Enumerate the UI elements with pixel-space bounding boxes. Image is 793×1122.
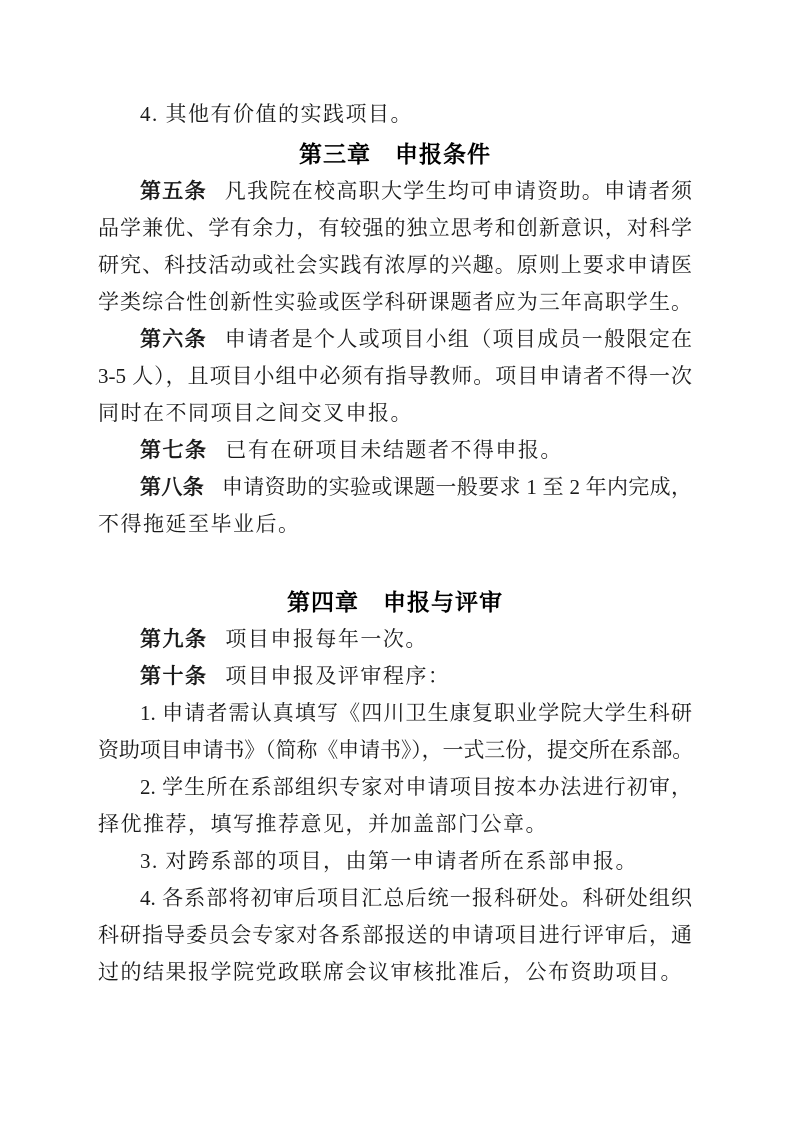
article-5-line-1: 第五条凡我院在校高职大学生均可申请资助。申请者须 xyxy=(98,173,692,210)
article-6-line-3: 同时在不同项目之间交叉申报。 xyxy=(98,395,692,432)
article-5-line-3: 研究、科技活动或社会实践有浓厚的兴趣。原则上要求申请医 xyxy=(98,247,692,284)
article-5-line-4: 学类综合性创新性实验或医学科研课题者应为三年高职学生。 xyxy=(98,284,692,321)
article-8-text-1: 申请资助的实验或课题一般要求 1 至 2 年内完成， xyxy=(222,475,692,499)
page-content: 4. 其他有价值的实践项目。 第三章 申报条件 第五条凡我院在校高职大学生均可申… xyxy=(98,96,692,991)
procedure-item-4-line-1: 4. 各系部将初审后项目汇总后统一报科研处。科研处组织 xyxy=(98,880,692,917)
article-6-text-1: 申请者是个人或项目小组（项目成员一般限定在 xyxy=(225,327,692,351)
article-9-line-1: 第九条项目申报每年一次。 xyxy=(98,621,692,658)
article-6-line-2: 3-5 人），且项目小组中必须有指导教师。项目申请者不得一次 xyxy=(98,358,692,395)
procedure-item-2-line-1: 2. 学生所在系部组织专家对申请项目按本办法进行初审， xyxy=(98,769,692,806)
article-5-text-1: 凡我院在校高职大学生均可申请资助。申请者须 xyxy=(225,179,692,203)
article-7-text-1: 已有在研项目未结题者不得申报。 xyxy=(225,438,563,462)
article-6-line-1: 第六条申请者是个人或项目小组（项目成员一般限定在 xyxy=(98,321,692,358)
article-10-text-1: 项目申报及评审程序： xyxy=(225,664,450,688)
article-7-label: 第七条 xyxy=(140,438,208,462)
procedure-item-1-line-2: 资助项目申请书》（简称《申请书》），一式三份，提交所在系部。 xyxy=(98,732,692,769)
procedure-item-1-line-1: 1. 申请者需认真填写《四川卫生康复职业学院大学生科研 xyxy=(98,695,692,732)
article-7-line-1: 第七条已有在研项目未结题者不得申报。 xyxy=(98,432,692,469)
article-10-label: 第十条 xyxy=(140,664,208,688)
article-9-label: 第九条 xyxy=(140,627,208,651)
procedure-item-2-line-2: 择优推荐，填写推荐意见，并加盖部门公章。 xyxy=(98,806,692,843)
procedure-item-4-line-2: 科研指导委员会专家对各系部报送的申请项目进行评审后，通 xyxy=(98,917,692,954)
leading-list-item: 4. 其他有价值的实践项目。 xyxy=(98,96,692,133)
procedure-item-3-line-1: 3. 对跨系部的项目，由第一申请者所在系部申报。 xyxy=(98,843,692,880)
procedure-item-4-line-3: 过的结果报学院党政联席会议审核批准后，公布资助项目。 xyxy=(98,954,692,991)
section-gap xyxy=(98,543,692,581)
chapter-4-heading: 第四章 申报与评审 xyxy=(98,584,692,621)
article-6-label: 第六条 xyxy=(140,327,207,351)
article-9-text-1: 项目申报每年一次。 xyxy=(225,627,428,651)
article-8-line-2: 不得拖延至毕业后。 xyxy=(98,506,692,543)
article-10-line-1: 第十条项目申报及评审程序： xyxy=(98,658,692,695)
chapter-3-heading: 第三章 申报条件 xyxy=(98,136,692,173)
article-5-line-2: 品学兼优、学有余力，有较强的独立思考和创新意识，对科学 xyxy=(98,210,692,247)
article-8-line-1: 第八条申请资助的实验或课题一般要求 1 至 2 年内完成， xyxy=(98,469,692,506)
article-8-label: 第八条 xyxy=(140,475,204,499)
document-page: 4. 其他有价值的实践项目。 第三章 申报条件 第五条凡我院在校高职大学生均可申… xyxy=(0,0,793,1122)
article-5-label: 第五条 xyxy=(140,179,207,203)
